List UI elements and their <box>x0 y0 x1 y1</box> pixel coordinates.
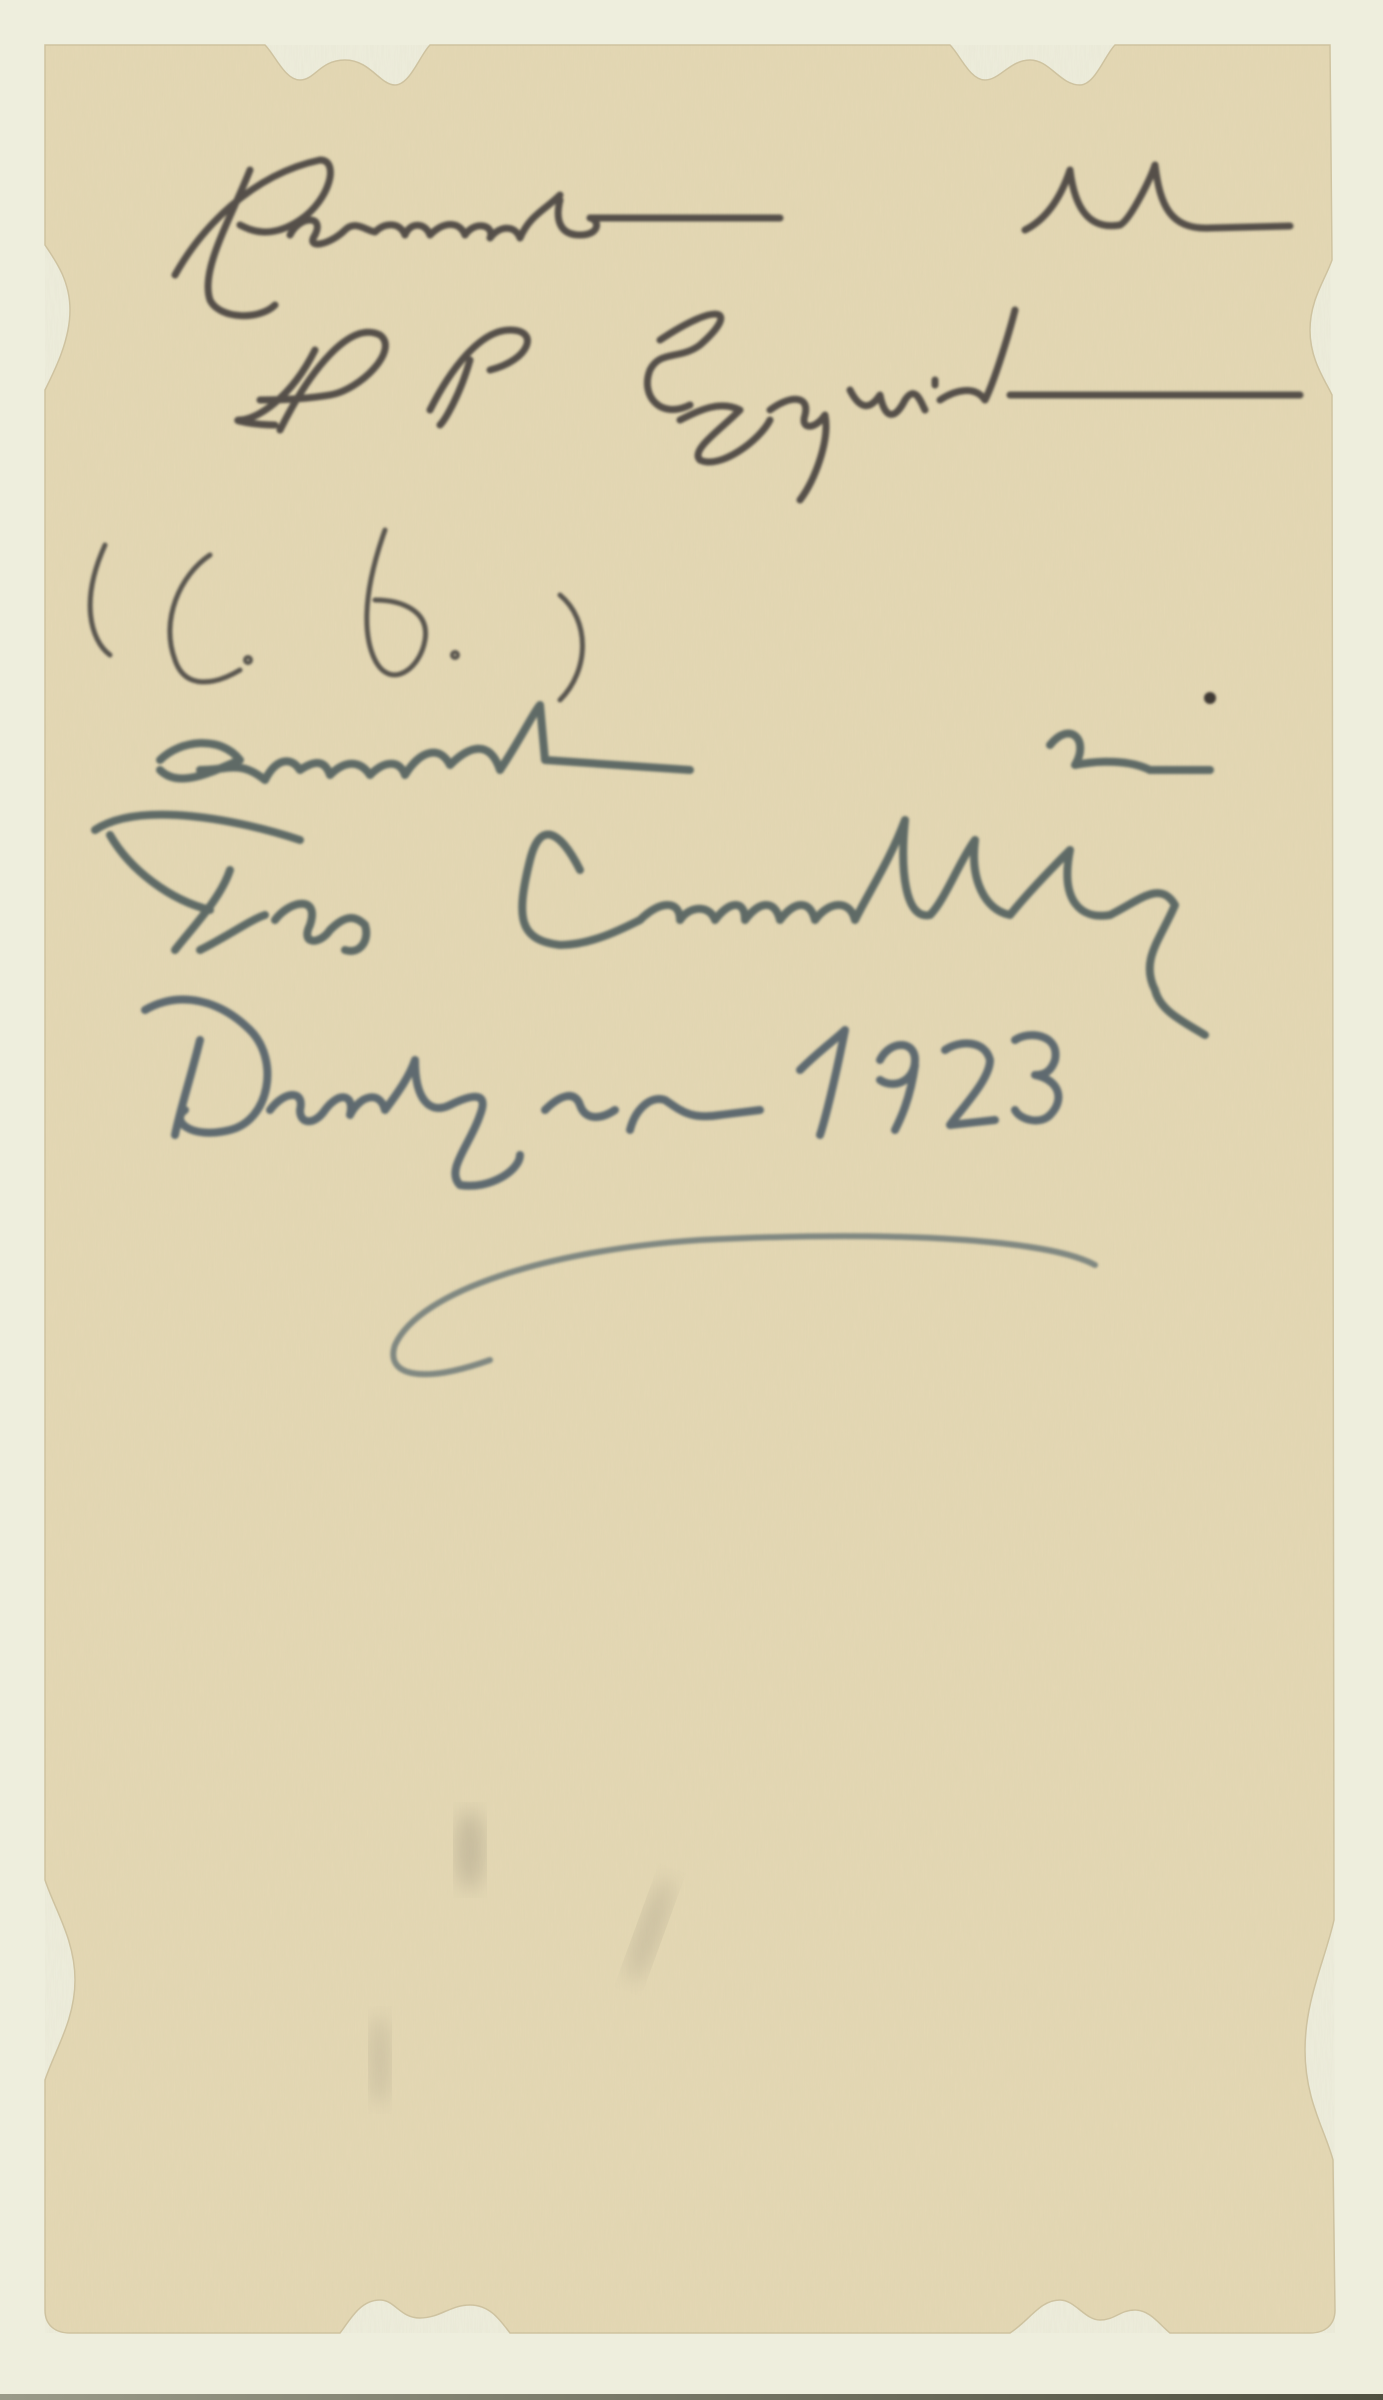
scan-edge <box>0 2394 1383 2400</box>
card-back: Recuerdo del R. P. Ezequiel (C.D.) Gener… <box>0 0 1383 2400</box>
smudge-mark <box>370 2015 390 2105</box>
paper-card <box>0 0 1383 2400</box>
smudge-mark <box>456 1810 484 1890</box>
